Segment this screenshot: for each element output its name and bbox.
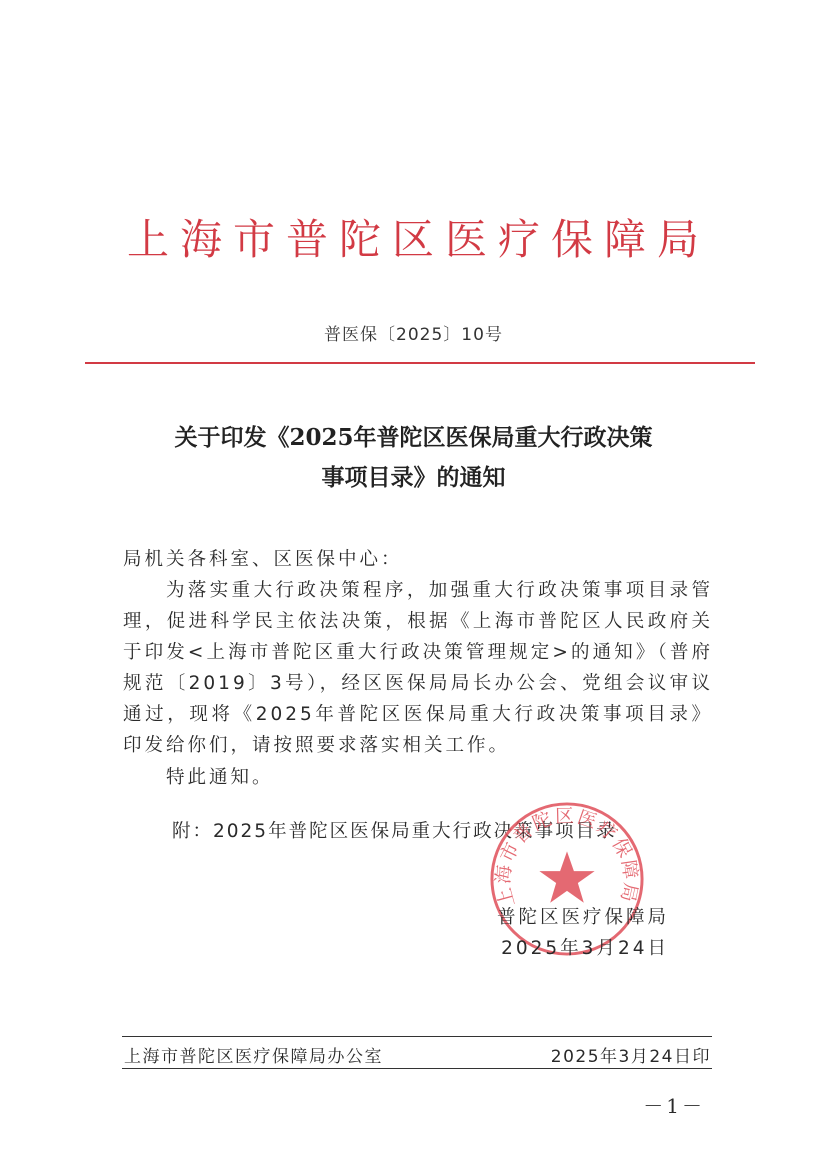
issuer-name: 普陀区医疗保障局	[497, 902, 669, 933]
document-number: 普医保〔2025〕10号	[0, 320, 827, 345]
page-number: －1－	[643, 1090, 705, 1119]
star-icon	[539, 851, 594, 902]
footer-print-date: 2025年3月24日印	[551, 1042, 711, 1067]
agency-header: 上海市普陀区医疗保障局	[0, 212, 827, 268]
red-divider	[85, 362, 755, 364]
signature-block: 普陀区医疗保障局 2025年3月24日	[497, 902, 669, 964]
document-title: 关于印发《2025年普陀区医保局重大行政决策 事项目录》的通知	[0, 418, 827, 498]
addressee: 局机关各科室、区医保中心：	[123, 545, 403, 571]
footer-office: 上海市普陀区医疗保障局办公室	[124, 1042, 383, 1067]
issue-date: 2025年3月24日	[497, 933, 669, 964]
closing-text: 特此通知。	[166, 763, 274, 789]
title-line-1: 关于印发《2025年普陀区医保局重大行政决策	[0, 418, 827, 458]
body-paragraph: 为落实重大行政决策程序，加强重大行政决策事项目录管理，促进科学民主依法决策，根据…	[123, 575, 713, 761]
title-line-2: 事项目录》的通知	[0, 458, 827, 498]
footer-rule-bottom	[122, 1068, 712, 1069]
footer-rule-top	[122, 1036, 712, 1037]
